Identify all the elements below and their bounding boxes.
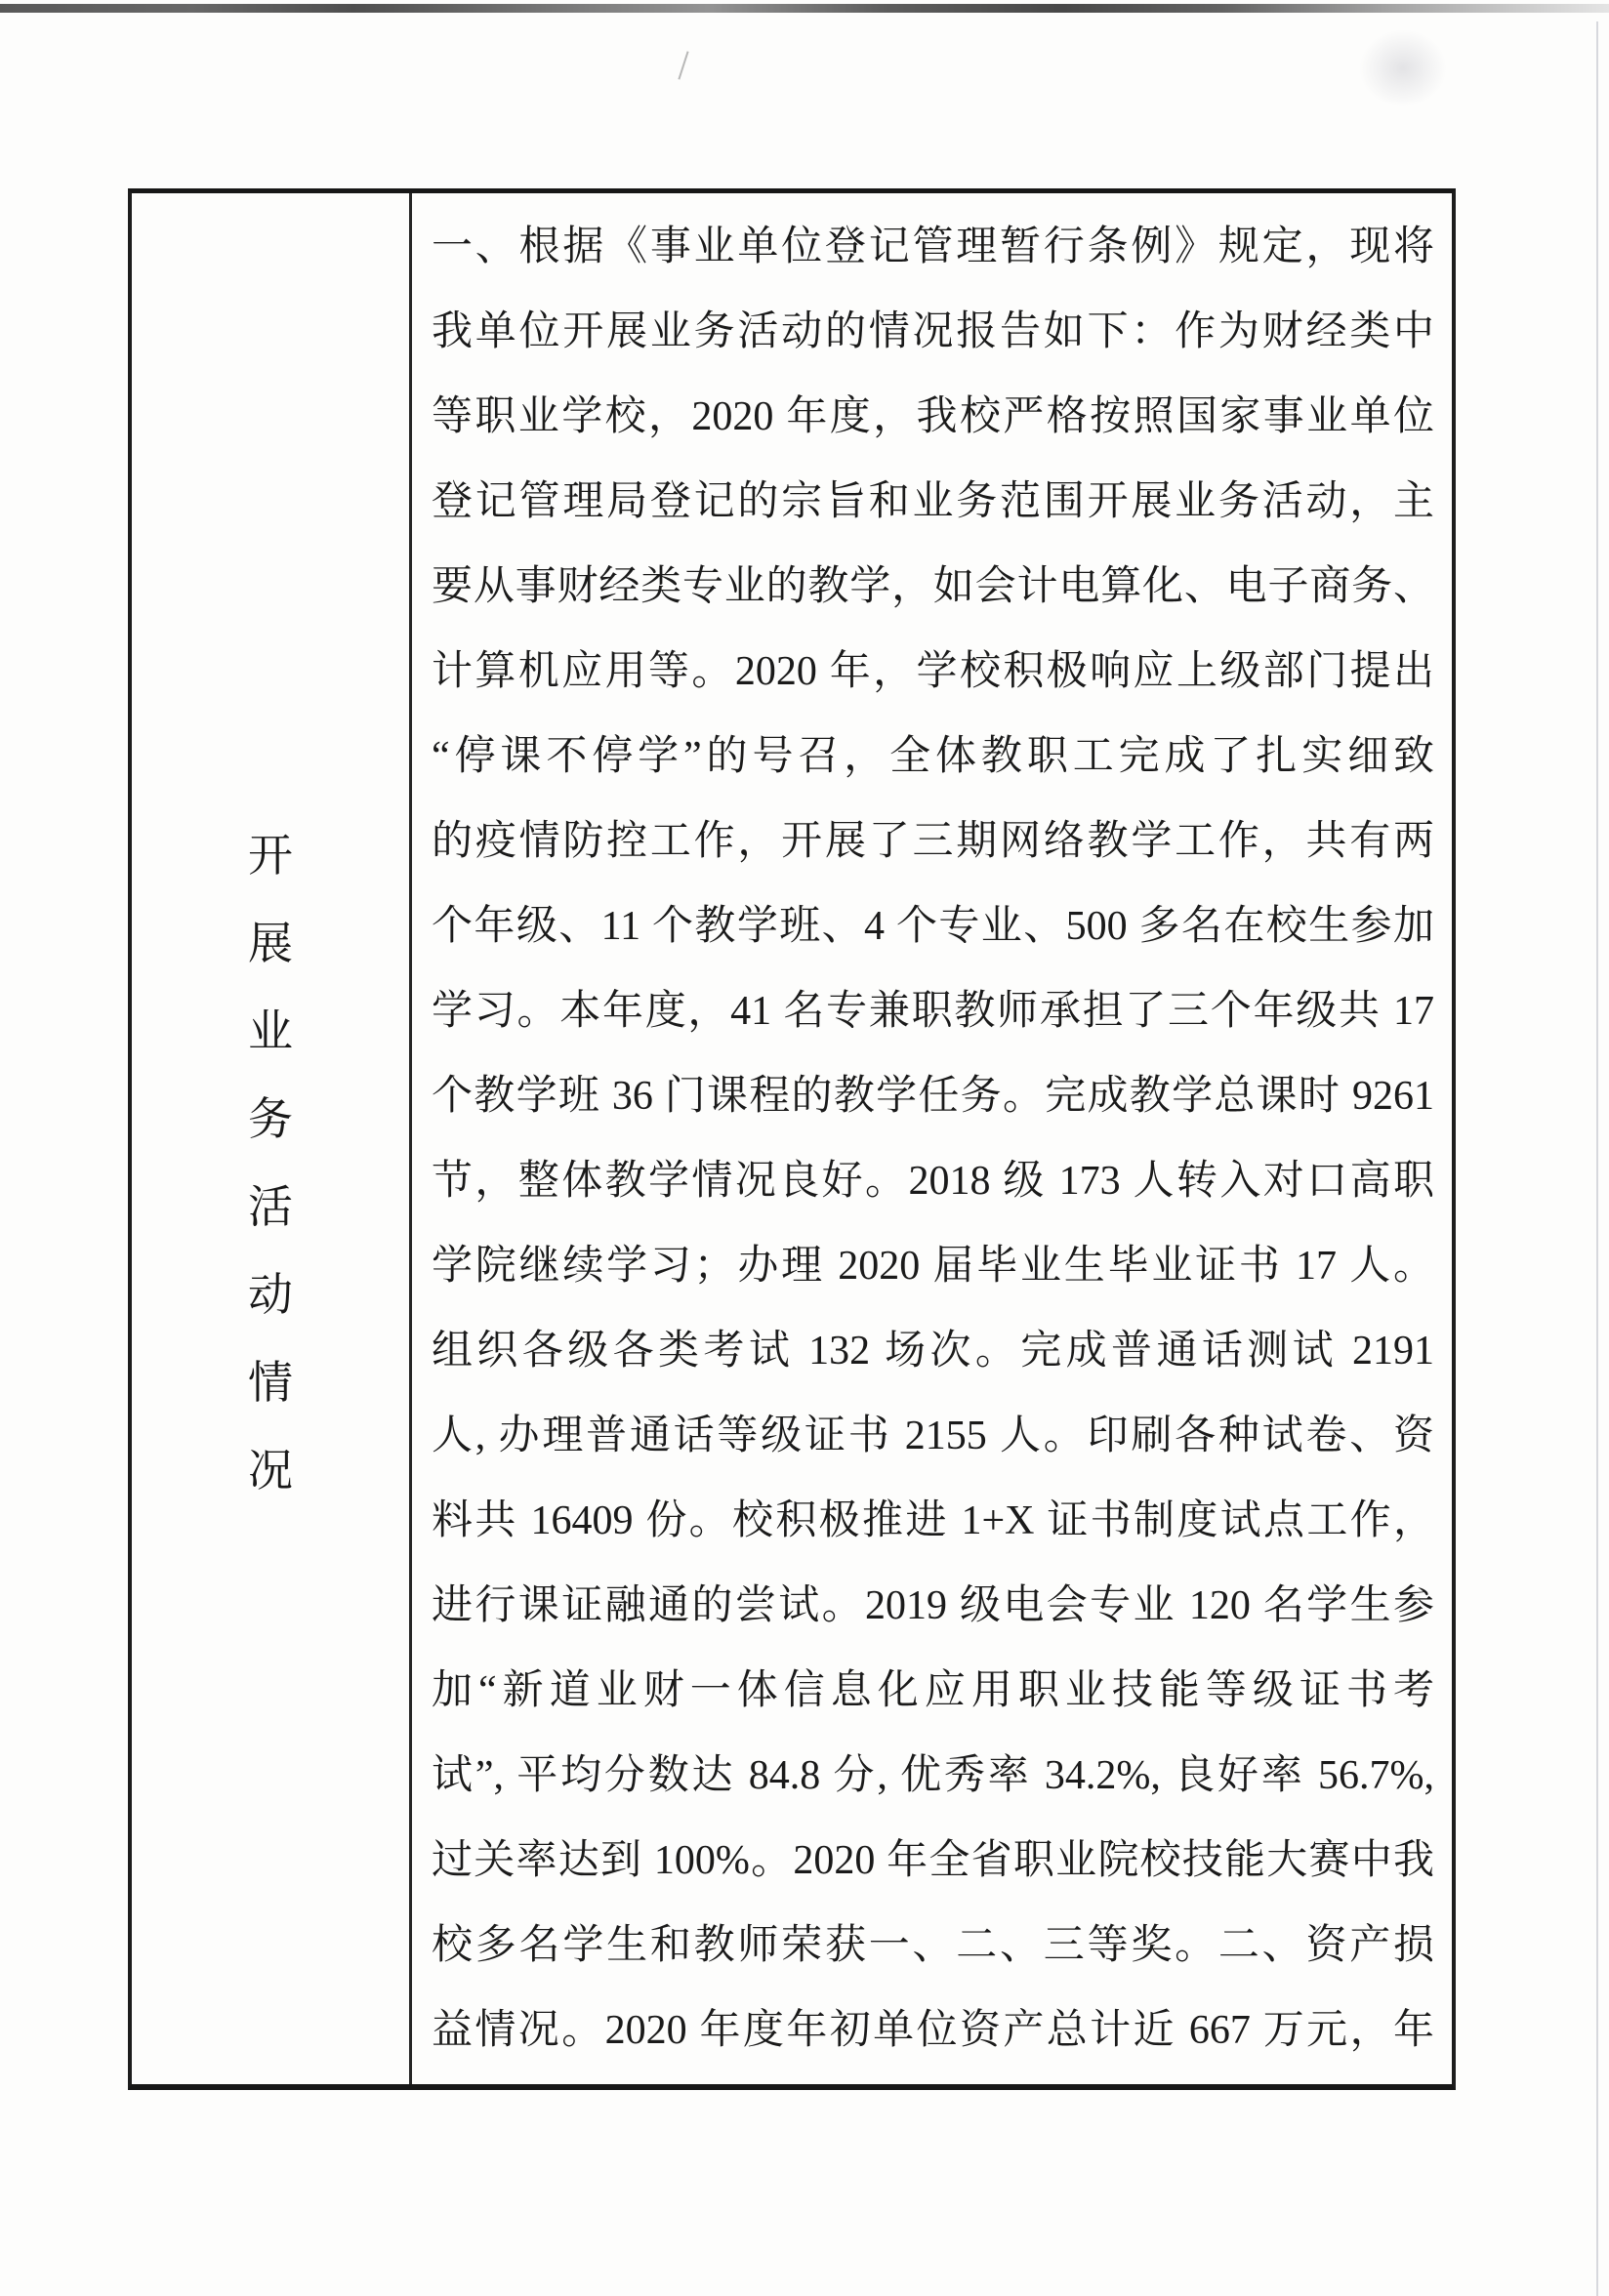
row-label-char: 情 — [248, 1339, 293, 1427]
row-label-char: 开 — [248, 812, 293, 900]
text-line: 校多名学生和教师荣获一、二、三等奖。二、资产损 — [432, 1904, 1434, 1988]
text-line: 等职业学校，2020 年度，我校严格按照国家事业单位 — [432, 375, 1434, 460]
text-line: 试”, 平均分数达 84.8 分, 优秀率 34.2%, 良好率 56.7%, — [432, 1734, 1434, 1819]
text-line: 组织各级各类考试 132 场次。完成普通话测试 2191 — [432, 1309, 1434, 1394]
row-label-char: 展 — [248, 900, 293, 988]
row-label-char: 业 — [248, 988, 293, 1076]
text-line: 学习。本年度，41 名专兼职教师承担了三个年级共 17 — [432, 969, 1434, 1054]
report-table: 开 展 业 务 活 动 情 况 一、根据《事业单位登记管理暂行条例》规定，现将 … — [128, 188, 1456, 2090]
scan-artifact-tick-mark — [678, 51, 688, 79]
text-line: 一、根据《事业单位登记管理暂行条例》规定，现将 — [432, 205, 1434, 290]
text-line: 人, 办理普通话等级证书 2155 人。印刷各种试卷、资 — [432, 1394, 1434, 1479]
text-line: 料共 16409 份。校积极推进 1+X 证书制度试点工作， — [432, 1479, 1434, 1564]
text-line: 我单位开展业务活动的情况报告如下：作为财经类中 — [432, 290, 1434, 375]
page-edge-shadow — [1596, 21, 1598, 2296]
body-text-cell: 一、根据《事业单位登记管理暂行条例》规定，现将 我单位开展业务活动的情况报告如下… — [412, 193, 1452, 2084]
row-label-char: 况 — [248, 1427, 293, 1515]
row-label-cell: 开 展 业 务 活 动 情 况 — [132, 193, 409, 2084]
text-line: 加“新道业财一体信息化应用职业技能等级证书考 — [432, 1649, 1434, 1734]
text-line: 的疫情防控工作，开展了三期网络教学工作，共有两 — [432, 799, 1434, 884]
row-label-char: 活 — [248, 1164, 293, 1251]
row-label-char: 动 — [248, 1251, 293, 1339]
text-line: 学院继续学习；办理 2020 届毕业生毕业证书 17 人。 — [432, 1224, 1434, 1309]
scan-artifact-top-streak — [0, 4, 1609, 13]
text-line: 个年级、11 个教学班、4 个专业、500 多名在校生参加 — [432, 884, 1434, 969]
text-line: 过关率达到 100%。2020 年全省职业院校技能大赛中我 — [432, 1819, 1434, 1904]
text-line: 计算机应用等。2020 年，学校积极响应上级部门提出 — [432, 630, 1434, 715]
row-label-char: 务 — [248, 1076, 293, 1164]
text-line: 要从事财经类专业的教学，如会计电算化、电子商务、 — [432, 545, 1434, 630]
text-line: 进行课证融通的尝试。2019 级电会专业 120 名学生参 — [432, 1564, 1434, 1649]
text-line: 登记管理局登记的宗旨和业务范围开展业务活动，主 — [432, 460, 1434, 545]
scanned-document-page: 开 展 业 务 活 动 情 况 一、根据《事业单位登记管理暂行条例》规定，现将 … — [0, 0, 1609, 2296]
text-line: 节，整体教学情况良好。2018 级 173 人转入对口高职 — [432, 1139, 1434, 1224]
text-line: 个教学班 36 门课程的教学任务。完成教学总课时 9261 — [432, 1054, 1434, 1139]
scan-artifact-smudge — [1359, 29, 1447, 107]
text-line: “停课不停学”的号召，全体教职工完成了扎实细致 — [432, 715, 1434, 799]
text-line: 益情况。2020 年度年初单位资产总计近 667 万元，年 — [432, 1988, 1434, 2073]
